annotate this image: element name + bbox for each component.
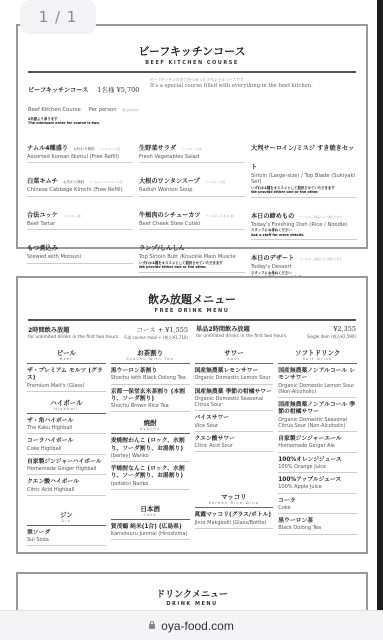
drink-item: 国産無農薬ノンアルコール 季節の柑橘サワー Organic Domestic S… [278, 402, 357, 432]
drink-item: 100%オレンジジュース 100% Orange Juice [278, 457, 357, 473]
plan-course: 2時間飲み放題 コース + ¥1,555 for unlimited drink… [28, 325, 188, 340]
course-price: 1名様 ¥5,700 [97, 86, 139, 94]
category-highball: ハイボール Highball [27, 398, 106, 414]
menu-item: 合法ユッケ アレルギー:卵 Beef Tartar [27, 202, 133, 231]
category-sour: サワー Sour [195, 348, 274, 364]
drink-item: 賀茂鶴 純米(1合) (広島県) Kamotsuru Junmai (Hiros… [111, 524, 190, 540]
drink-column-4: ソフトドリンク Soft Drink 国産無農薬ノンアルコール レモンサワー O… [278, 348, 357, 550]
drink-column-2: お茶割り Syochu With Tea 黒ウーロン茶割り Shochu wit… [111, 348, 190, 550]
drink-item: クエン酸ハイボール Citric Acid Highball [27, 479, 106, 495]
drink-menu-panel: ドリンクメニュー DRINK MENU [16, 572, 368, 610]
drink-item: 国産無農薬ノンアルコール レモンサワー Organic Domestic Lem… [278, 368, 357, 398]
browser-url-bar[interactable]: oya-food.com [0, 610, 383, 640]
beef-course-title: ビーフキッチンコース [18, 43, 366, 59]
category-shochu: 焼酎 Syochu [111, 418, 190, 434]
menu-item: もつ煮込み Stewed with Motsuni [27, 235, 133, 264]
category-tea-shochu: お茶割り Syochu With Tea [111, 348, 190, 364]
drink-item: 自家製ジンジャーハイボール Homemade Ginger Highball [27, 459, 106, 475]
course-summary: ビーフキッチンコース 1名様 ¥5,700 Beef Kitchen Cours… [18, 73, 366, 126]
min-order-en: The minimum order for course is two. [28, 121, 146, 125]
category-gin: ジン Gin [27, 510, 106, 526]
menu-item: 大判サーロイン/ミスジ すき焼きセット Sirloin (Large-size)… [251, 135, 357, 198]
drink-column-3: サワー Sour 国産無農薬レモンサワー Organic Domestic Le… [195, 348, 274, 550]
drink-item: 黒ウーロン茶 Black Oolong Tea [278, 518, 357, 534]
free-drink-panel: 飲み放題メニュー FREE DRINK MENU 2時間飲み放題 コース + ¥… [16, 276, 368, 554]
course-per-person: Per person [89, 107, 117, 113]
page-indicator: 1 / 1 [20, 0, 96, 34]
plan-single: 単品2時間飲み放題 ¥2,355 for unlimited drinks in… [196, 325, 356, 340]
drink-item: 黒ウーロン茶割り Shochu with Black Oolong Tea [111, 368, 190, 384]
course-name-en: Beef Kitchen Course [28, 107, 81, 113]
beef-course-subtitle: BEEF KITCHEN COURSE [18, 60, 366, 66]
category-sake: 日本酒 Sake [111, 504, 190, 520]
menu-item: 白菜キムチ お代わり無料 アレルギー:エビ,カニ,小麦 Chinese Cabb… [27, 168, 133, 197]
beef-course-panel: ビーフキッチンコース BEEF KITCHEN COURSE ビーフキッチンコー… [16, 24, 368, 249]
course-desc-en: It's a special course filled with everyt… [150, 83, 356, 89]
menu-item: 生野菜サラダ アレルギー:小麦 Fresh Vegetables Salad [139, 135, 245, 164]
drink-column-1: ビール Beer ザ・プレミアム モルツ (グラス) Premium Malt'… [27, 348, 106, 550]
menu-item: ランプ/しんしん Top Sirloin Butt /Knuckle Main … [139, 235, 245, 272]
drink-item: ザ・角ハイボール The Kaku Highball [27, 418, 106, 434]
menu-item: 本日の締めもの アレルギー:商品により異なります Today's Finishi… [251, 203, 357, 240]
drink-item: 自家製ジンジャーエール Homemade Ginger Ale [278, 436, 357, 452]
drink-item: 眞露マッコリ(グラス/ボトル) Jinro Makgeolli (Glass/B… [195, 512, 274, 528]
drink-item: 翠ソーダ Sui Soda [27, 530, 106, 546]
drink-item: 京都一保堂玄米茶割り (本割り、ソーダ割り) Shochu Brown Rice… [111, 389, 190, 413]
menu-item: 牛頬肉のシチューカツ アレルギー:小麦,乳,卵 Beef Cheek Stew … [139, 202, 245, 231]
drink-menu-title: ドリンクメニュー [18, 587, 366, 600]
drink-item: 麦焼酎わんこ (ロック、水割り、ソーダ割り、お湯割り) (barley) Wan… [111, 438, 190, 462]
url-text[interactable]: oya-food.com [161, 619, 234, 633]
drink-item: コーラ Coke [278, 498, 357, 514]
category-makgeolli: マッコリ Korean Rice Wine [195, 492, 274, 508]
drink-item: 100%アップルジュース 100% Apple Juice [278, 477, 357, 493]
drink-item: 国産無農薬レモンサワー Organic Domestic Lemon Sour [195, 368, 274, 384]
drink-item: 国産無農薬 季節の柑橘サワー Organic Domestic Seasonal… [195, 389, 274, 412]
category-beer: ビール Beer [27, 348, 106, 364]
window-edge [377, 0, 383, 610]
drink-item: ザ・プレミアム モルツ (グラス) Premium Malt's (Glass) [27, 368, 106, 392]
drink-item: コーラハイボール Coke Highball [27, 438, 106, 454]
drink-menu-subtitle: DRINK MENU [18, 601, 366, 607]
menu-item: 大根のワンタンスープ アレルギー:小麦 Radish Wonton Soup [139, 168, 245, 197]
page-viewport[interactable]: 1 / 1 ビーフキッチンコース BEEF KITCHEN COURSE ビーフ… [0, 0, 377, 610]
lock-icon [149, 624, 155, 629]
menu-item: ナムル4種盛り お代わり無料 アレルギー:小麦 Assorted Korean … [27, 135, 133, 164]
drink-item: 芋焼酎なんこ (ロック、水割り、ソーダ割り、お湯割り) (potato) Nan… [111, 466, 190, 490]
free-drink-subtitle: FREE DRINK MENU [18, 308, 366, 314]
course-tax: (税込¥6,270) [122, 108, 140, 112]
drink-item: バイスサワー Vice Sour [195, 415, 274, 431]
drink-item: クエン酸サワー Citric Acid Sour [195, 436, 274, 452]
free-drink-title: 飲み放題メニュー [18, 291, 366, 307]
category-soft-drink: ソフトドリンク Soft Drink [278, 348, 357, 364]
course-name-jp: ビーフキッチンコース [28, 87, 88, 94]
